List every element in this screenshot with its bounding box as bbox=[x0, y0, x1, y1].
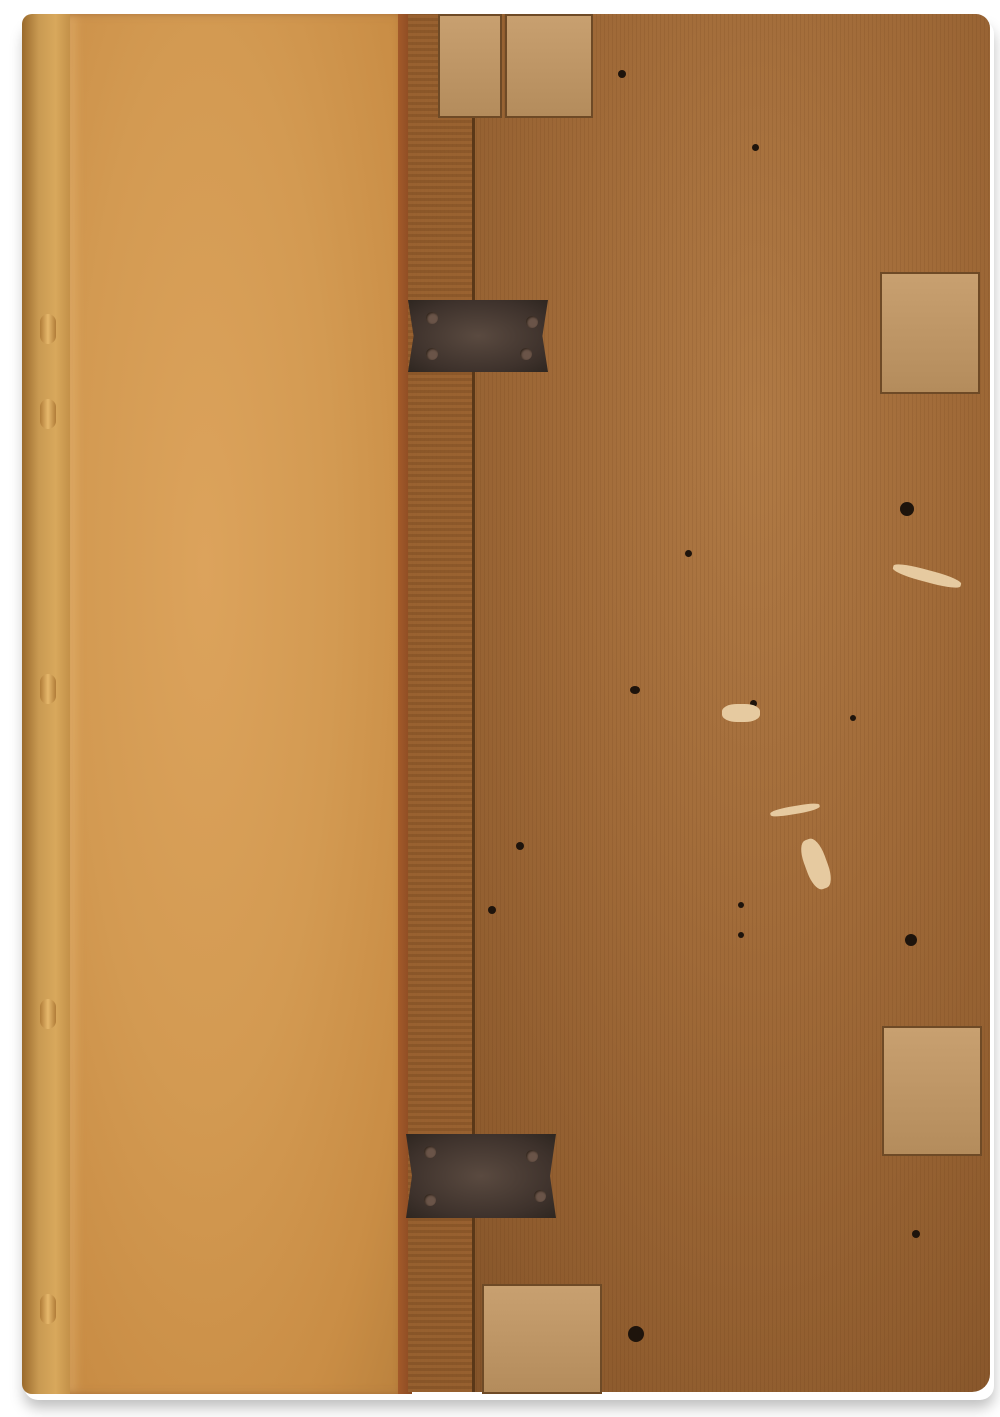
clasp-recess-bottom bbox=[482, 1284, 602, 1394]
rivet bbox=[426, 312, 438, 324]
iron-hinge-top bbox=[408, 300, 548, 372]
rivet bbox=[424, 1146, 436, 1158]
spine-band bbox=[40, 399, 56, 429]
rivet bbox=[424, 1194, 436, 1206]
worm-hole bbox=[488, 906, 496, 914]
clasp-recess-top-left bbox=[438, 14, 502, 118]
worm-hole bbox=[905, 934, 917, 946]
rivet bbox=[534, 1190, 546, 1202]
worm-hole bbox=[628, 1326, 644, 1342]
clasp-recess-upper-right bbox=[880, 272, 980, 394]
rivet bbox=[426, 348, 438, 360]
worm-hole bbox=[630, 686, 640, 694]
spine-band bbox=[40, 1294, 56, 1324]
worm-hole bbox=[685, 550, 692, 557]
worm-hole bbox=[900, 502, 914, 516]
worm-hole bbox=[912, 1230, 920, 1238]
rivet bbox=[526, 316, 538, 328]
worm-hole bbox=[752, 144, 759, 151]
spine-band bbox=[40, 674, 56, 704]
clasp-recess-lower-right bbox=[882, 1026, 982, 1156]
worm-hole bbox=[618, 70, 626, 78]
worm-hole bbox=[850, 715, 856, 721]
wood-scar bbox=[722, 704, 760, 722]
spine-band bbox=[40, 999, 56, 1029]
leather-cover-strip bbox=[70, 14, 408, 1394]
spine-band bbox=[40, 314, 56, 344]
worm-hole bbox=[738, 902, 744, 908]
worm-hole bbox=[738, 932, 744, 938]
rivet bbox=[520, 348, 532, 360]
rivet bbox=[526, 1150, 538, 1162]
clasp-recess-top bbox=[505, 14, 593, 118]
iron-hinge-bottom bbox=[406, 1134, 556, 1218]
book-cover bbox=[0, 0, 1000, 1417]
worm-hole bbox=[516, 842, 524, 850]
